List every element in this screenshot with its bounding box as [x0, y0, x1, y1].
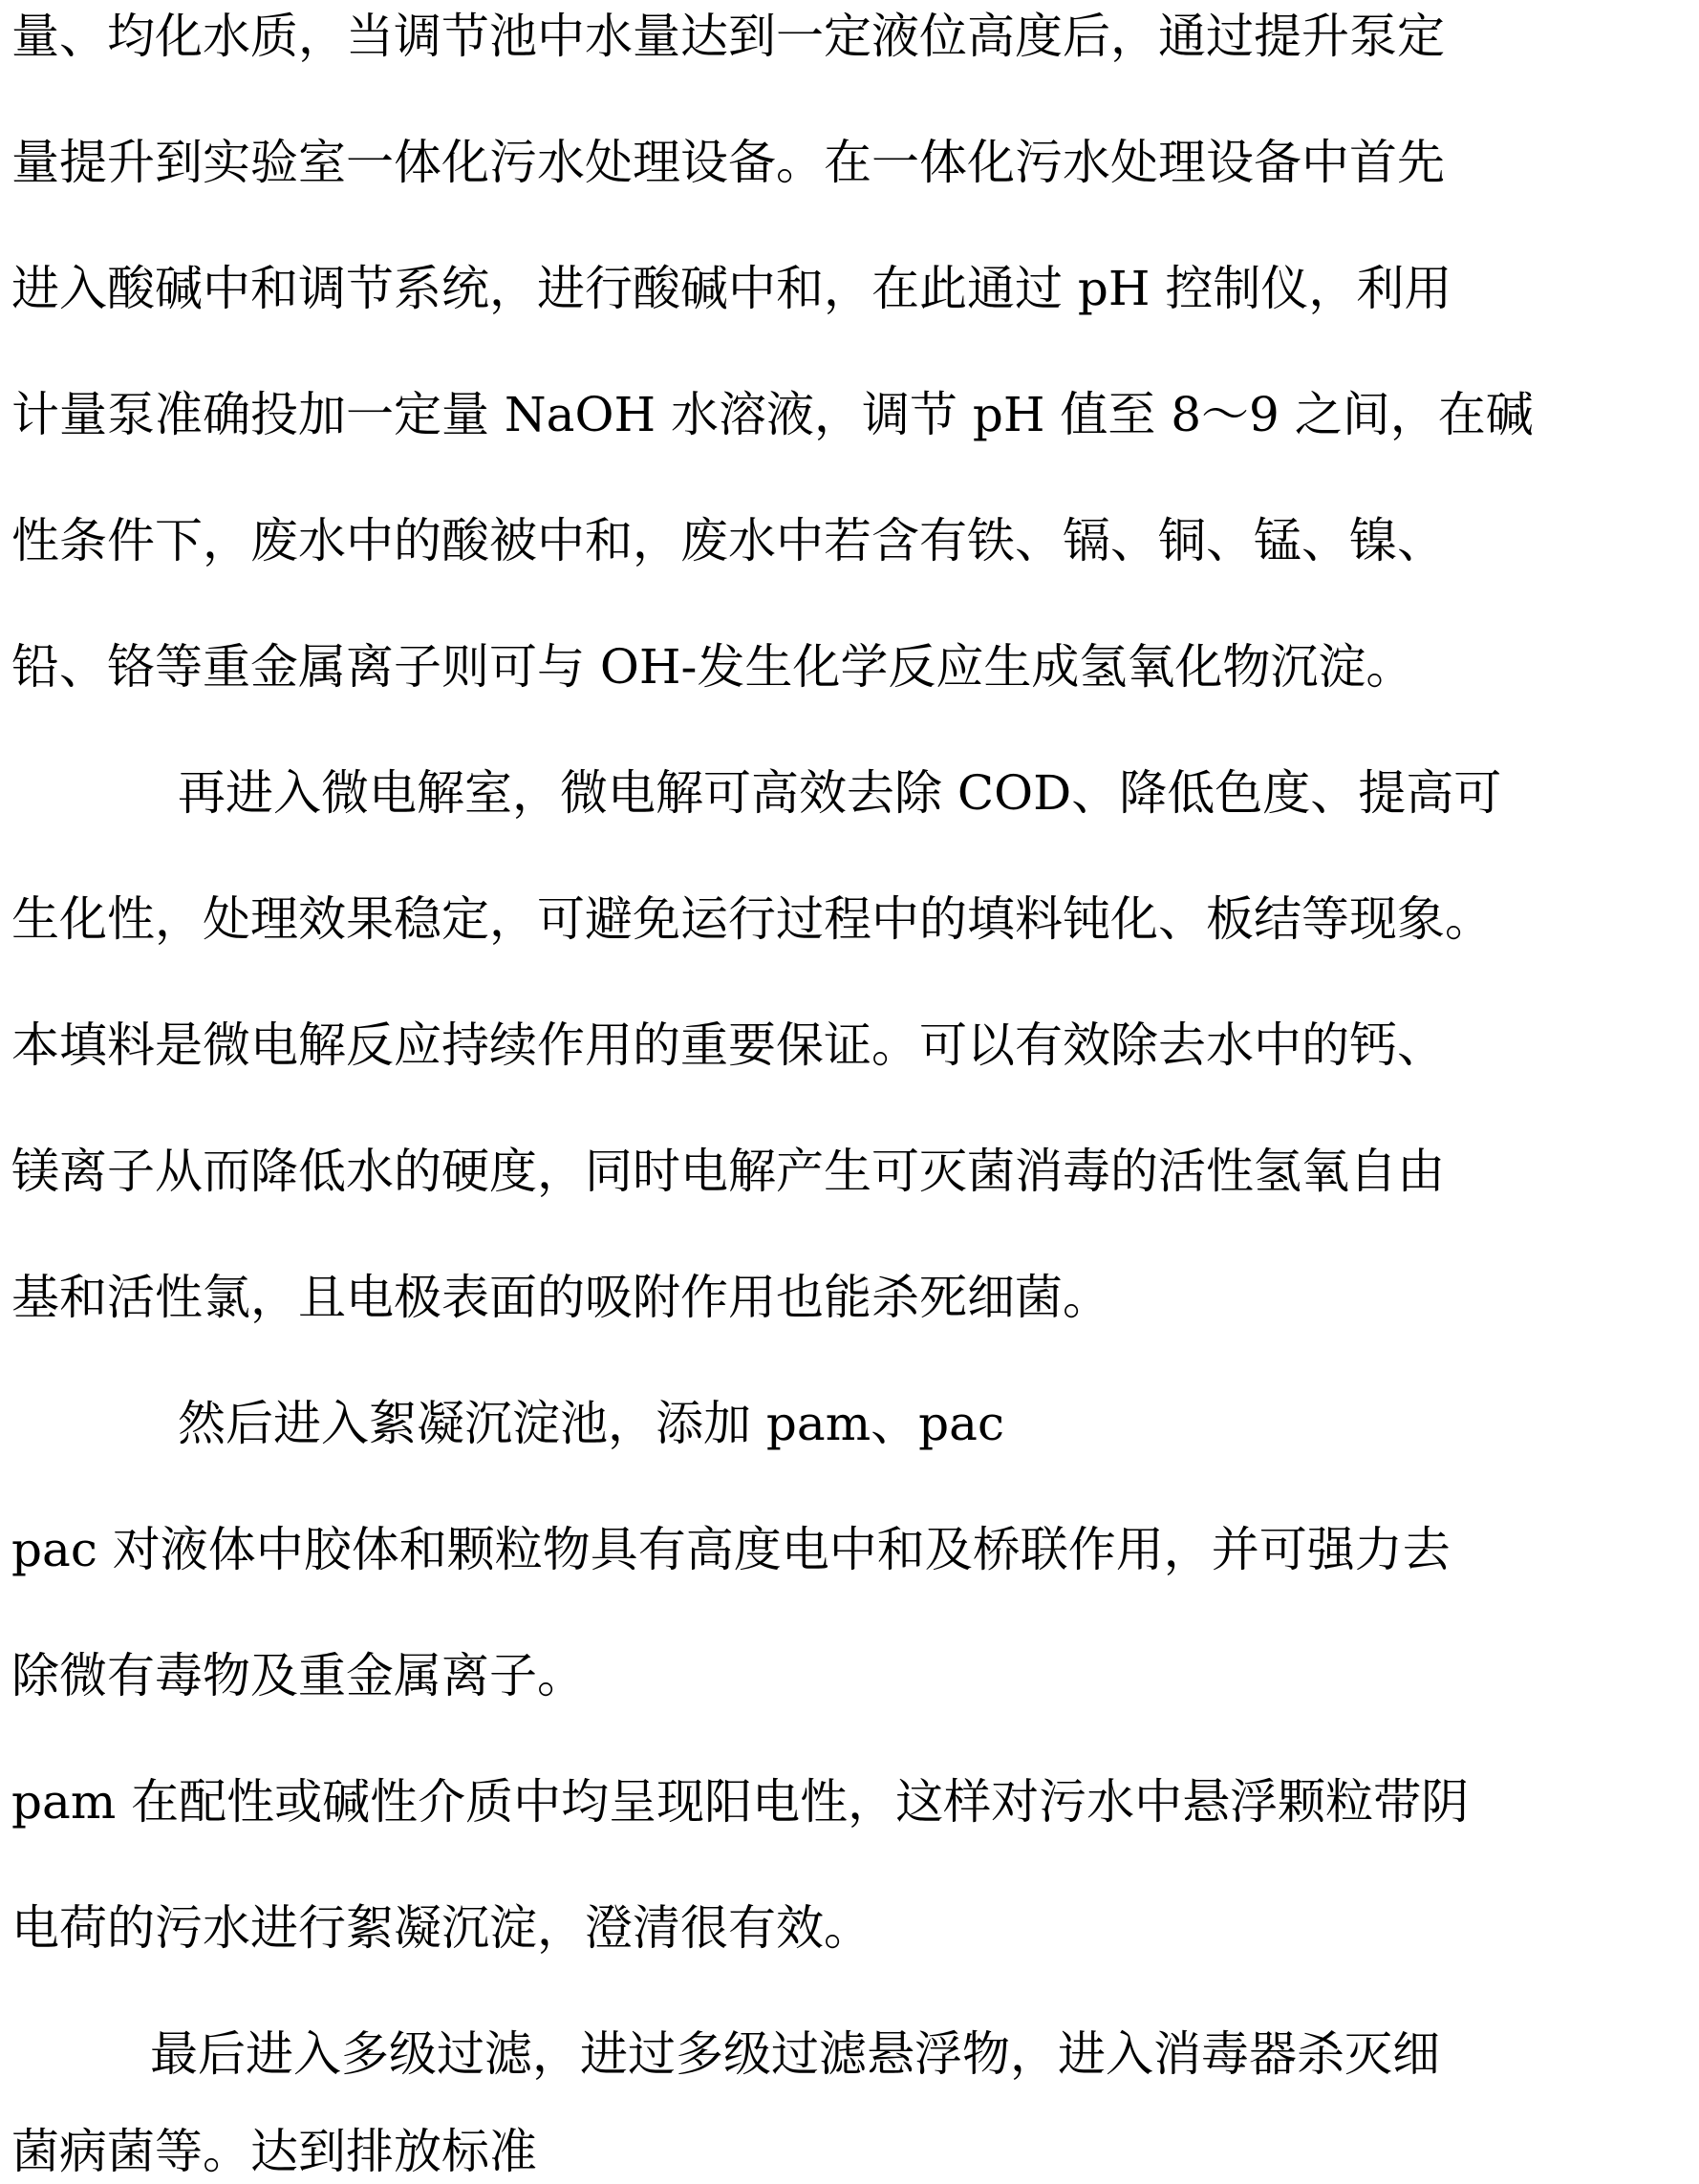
text-line: 除微有毒物及重金属离子。	[11, 1647, 585, 1704]
text-line: 然后进入絮凝沉淀池，添加 pam、pac	[178, 1395, 1004, 1452]
text-line: 量提升到实验室一体化污水处理设备。在一体化污水处理设备中首先	[11, 134, 1445, 191]
text-line: 基和活性氯，且电极表面的吸附作用也能杀死细菌。	[11, 1269, 1110, 1326]
text-line: 铅、铬等重金属离子则可与 OH-发生化学反应生成氢氧化物沉淀。	[11, 638, 1413, 696]
text-line: 再进入微电解室，微电解可高效去除 COD、降低色度、提高可	[178, 764, 1501, 822]
text-line: 菌病菌等。达到排放标准	[11, 2123, 537, 2180]
text-line: 镁离子从而降低水的硬度，同时电解产生可灭菌消毒的活性氢氧自由	[11, 1143, 1445, 1200]
text-line: 本填料是微电解反应持续作用的重要保证。可以有效除去水中的钙、	[11, 1017, 1445, 1074]
text-line: 生化性，处理效果稳定，可避免运行过程中的填料钝化、板结等现象。	[11, 890, 1493, 948]
text-line: 性条件下，废水中的酸被中和，废水中若含有铁、镉、铜、锰、镍、	[11, 512, 1445, 569]
text-line: pac 对液体中胶体和颗粒物具有高度电中和及桥联作用，并可强力去	[11, 1521, 1451, 1578]
text-line: 量、均化水质，当调节池中水量达到一定液位高度后，通过提升泵定	[11, 8, 1445, 65]
text-line: 计量泵准确投加一定量 NaOH 水溶液，调节 pH 值至 8～9 之间，在碱	[11, 386, 1534, 443]
text-line: pam 在配性或碱性介质中均呈现阳电性，这样对污水中悬浮颗粒带阴	[11, 1773, 1469, 1831]
text-line: 最后进入多级过滤，进过多级过滤悬浮物，进入消毒器杀灭细	[150, 2025, 1440, 2083]
text-line: 电荷的污水进行絮凝沉淀，澄清很有效。	[11, 1899, 871, 1957]
text-line: 进入酸碱中和调节系统，进行酸碱中和，在此通过 pH 控制仪，利用	[11, 260, 1452, 317]
